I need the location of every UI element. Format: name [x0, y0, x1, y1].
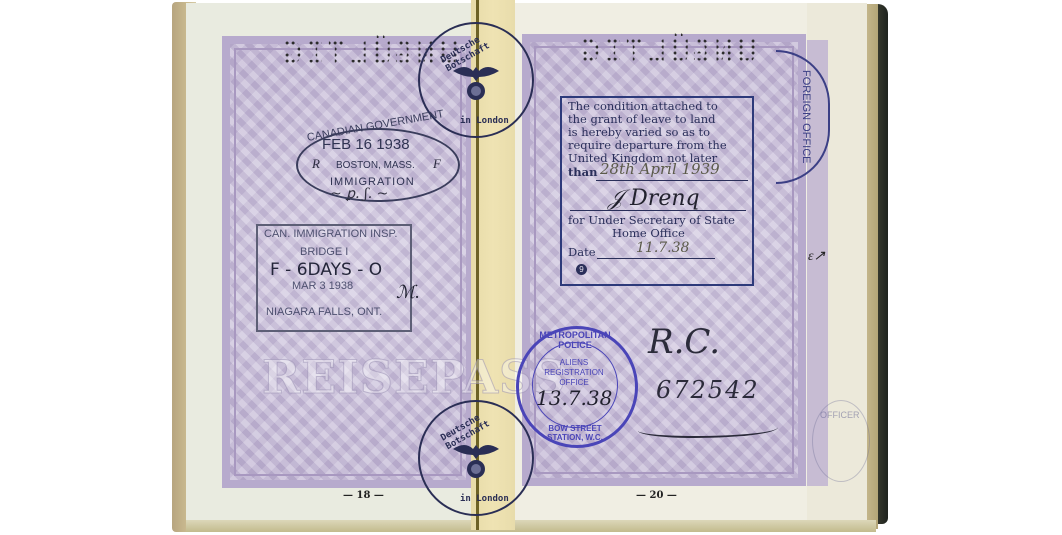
side-scribble: ɛ↗	[808, 248, 825, 265]
perforation-invalid-right: UNGÜLTIG	[578, 32, 756, 70]
canada-stamp-left-mark: R	[312, 156, 320, 172]
niagara-stamp-signature: ℳ.	[396, 282, 420, 303]
page-bottom-edge	[186, 520, 876, 532]
divider	[570, 210, 746, 211]
home-office-number: 9	[576, 264, 587, 275]
met-stamp-line1: ALIENS	[534, 358, 614, 367]
niagara-stamp-handwritten: F - 6DAYS - O	[270, 260, 382, 280]
handwritten-registration-number: 672542	[656, 376, 760, 404]
canada-stamp-date: FEB 16 1938	[322, 136, 410, 153]
met-stamp-date: 13.7.38	[536, 386, 612, 410]
divider	[597, 258, 715, 259]
divider	[596, 180, 748, 181]
page-number-left: — 18 —	[343, 490, 384, 501]
embassy-stamp-bottom: Deutsche Botschaft in London	[418, 400, 534, 516]
canada-stamp-city: BOSTON, MASS.	[336, 160, 415, 171]
page-number-right: — 20 —	[636, 490, 677, 501]
home-office-office: Home Office	[612, 227, 685, 240]
embassy-ring-text-bottom: in London	[460, 494, 509, 504]
faded-officer-stamp-text: OFFICER	[820, 410, 860, 420]
canada-stamp-signature: ~ ꝑ. ʃ. ~	[330, 186, 388, 202]
niagara-stamp-place: NIAGARA FALLS, ONT.	[266, 306, 382, 318]
met-stamp-ring-top: METROPOLITAN POLICE	[530, 330, 620, 350]
handwritten-initials: R.C.	[648, 322, 720, 362]
canada-stamp-right-mark: F	[433, 156, 441, 172]
home-office-date-value: 11.7.38	[636, 240, 689, 256]
home-office-than-label: than	[568, 166, 598, 179]
met-stamp-ring-bottom: BOW STREET STATION, W.C.	[530, 424, 620, 442]
home-office-departure-date: 28th April 1939	[600, 160, 720, 178]
home-office-date-label: Date	[568, 246, 596, 259]
home-office-signature: 𝒥 Drenq	[608, 186, 700, 211]
foreign-office-stamp-text: FOREIGN OFFICE	[800, 70, 812, 164]
embassy-ring-text-bottom: in London	[460, 116, 509, 126]
niagara-stamp-line1: CAN. IMMIGRATION INSP.	[264, 228, 397, 240]
niagara-stamp-line2: BRIDGE I	[300, 246, 348, 258]
niagara-stamp-date: MAR 3 1938	[292, 280, 353, 292]
met-stamp-line2: REGISTRATION	[534, 368, 614, 377]
